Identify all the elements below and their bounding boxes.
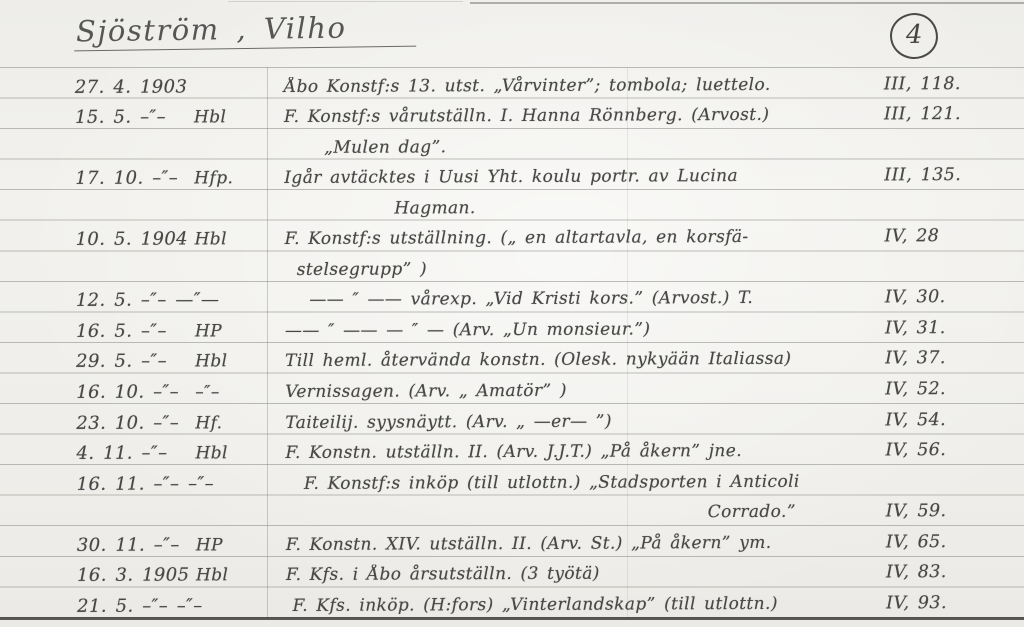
entry-reference: IV, 37.: [885, 348, 1024, 372]
entry-text: Igår avtäcktes i Uusi Yht. koulu portr. …: [266, 166, 884, 192]
entry-reference: IV, 52.: [885, 379, 1024, 403]
entry-text: F. Konstf:s utställning. („ en altartavl…: [267, 227, 885, 253]
entry-reference: IV, 31.: [885, 318, 1024, 342]
entry-source: Hbl: [196, 565, 268, 588]
entry-text: Till heml. återvända konstn. (Olesk. nyk…: [267, 349, 885, 375]
entry-row: 30. 11. –″– HP F. Konstn. XIV. utställn.…: [1, 524, 1024, 559]
entry-source: Hbl: [195, 229, 267, 252]
entries-list: 27. 4. 1903 Åbo Konstf:s 13. utst. „Vårv…: [0, 66, 1024, 620]
entry-date: 16. 10. –″–: [0, 381, 195, 406]
entry-text: Corrado.”: [268, 502, 886, 528]
entry-row: 16. 5. –″– HP —— ″ —— — ″ — (Arv. „Un mo…: [0, 310, 1024, 345]
entry-source: [194, 158, 266, 161]
entry-continuation-row: Corrado.” IV, 59.: [1, 493, 1024, 528]
entry-source: [219, 310, 291, 313]
scan-edge-artifact: [470, 2, 1024, 4]
entry-source: [194, 97, 266, 100]
entry-row: 10. 5. 1904 Hbl F. Konstf:s utställning.…: [0, 219, 1024, 254]
entry-row: 16. 3. 1905 Hbl F. Kfs. i Åbo årsutställ…: [1, 555, 1024, 590]
entry-reference: IV, 83.: [886, 562, 1024, 586]
page-title: Sjöström , Vilho: [74, 10, 417, 52]
entry-date: 21. 5. –″– –″–: [1, 595, 203, 620]
entry-date: 29. 5. –″–: [0, 351, 195, 376]
entry-row: 4. 11. –″– Hbl F. Konstn. utställn. II. …: [0, 432, 1024, 467]
entry-source: [214, 494, 286, 497]
entry-continuation-row: Hagman.: [0, 188, 1023, 223]
entry-text: —— ″ —— vårexp. „Vid Kristi kors.” (Arvo…: [291, 288, 885, 314]
entry-source: [195, 280, 267, 283]
entry-reference: IV, 65.: [886, 532, 1024, 556]
entry-text: Vernissagen. (Arv. „ Amatör” ): [267, 379, 885, 405]
entry-date: 15. 5. –″–: [0, 106, 194, 131]
entry-source: [203, 616, 275, 619]
entry-continuation-row: stelsegrupp” ): [0, 249, 1024, 284]
entry-source: Hfp.: [194, 168, 266, 191]
header: Sjöström , Vilho: [74, 10, 417, 52]
entry-continuation-row: „Mulen dag”.: [0, 127, 1023, 162]
entry-text: F. Konstf:s vårutställn. I. Hanna Rönnbe…: [266, 104, 884, 130]
entry-text: —— ″ —— — ″ — (Arv. „Un monsieur.”): [267, 318, 885, 344]
entry-reference: [884, 216, 1023, 220]
entry-text: F. Konstf:s inköp (till utlottn.) „Stads…: [286, 471, 886, 497]
entry-text: F. Konstn. utställn. II. (Arv. J.J.T.) „…: [267, 440, 885, 466]
entry-source: Hbl: [194, 107, 266, 130]
entry-row: 29. 5. –″– Hbl Till heml. återvända kons…: [0, 341, 1024, 376]
entry-reference: IV, 56.: [885, 440, 1024, 464]
entry-row: 17. 10. –″– Hfp. Igår avtäcktes i Uusi Y…: [0, 157, 1023, 192]
entry-text: F. Kfs. inköp. (H:fors) „Vinterlandskap”…: [275, 593, 887, 619]
entry-source: –″–: [195, 382, 267, 405]
entry-source: Hf.: [195, 413, 267, 436]
entry-row: 27. 4. 1903 Åbo Konstf:s 13. utst. „Vårv…: [0, 66, 1023, 101]
entry-reference: [885, 277, 1024, 281]
entry-source: Hbl: [195, 352, 267, 375]
entry-date: 10. 5. 1904: [0, 229, 195, 254]
page-number: 4: [905, 20, 922, 50]
entry-reference: IV, 30.: [885, 287, 1024, 311]
entry-reference: III, 121.: [884, 104, 1023, 128]
entry-reference: [886, 490, 1024, 494]
entry-text: F. Konstn. XIV. utställn. II. (Arv. St.)…: [268, 532, 886, 558]
entry-date: 16. 5. –″–: [0, 320, 195, 345]
entry-reference: [884, 154, 1023, 158]
entry-date: 30. 11. –″–: [1, 534, 196, 559]
entry-row: 21. 5. –″– –″– F. Kfs. inköp. (H:fors) „…: [1, 585, 1024, 620]
entry-text: stelsegrupp” ): [267, 257, 885, 283]
entry-reference: III, 118.: [884, 73, 1023, 97]
entry-source: HP: [196, 535, 268, 558]
entry-reference: IV, 59.: [886, 501, 1024, 525]
page-number-circle: 4: [889, 12, 939, 60]
entry-text: Åbo Konstf:s 13. utst. „Vårvinter”; tomb…: [266, 74, 884, 100]
entry-source: Hbl: [195, 443, 267, 466]
entry-source: [196, 524, 268, 527]
entry-reference: IV, 93.: [886, 593, 1024, 617]
scan-edge-artifact-faint: [228, 1, 463, 2]
entry-row: 15. 5. –″– Hbl F. Konstf:s vårutställn. …: [0, 96, 1023, 131]
entry-reference: III, 135.: [884, 165, 1023, 189]
entry-date: 12. 5. –″– —″—: [0, 290, 219, 315]
entry-row: 12. 5. –″– —″— —— ″ —— vårexp. „Vid Kris…: [0, 280, 1024, 315]
entry-text: F. Kfs. i Åbo årsutställn. (3 työtä): [268, 563, 886, 589]
entry-source: [194, 219, 266, 222]
entry-reference: IV, 54.: [885, 409, 1024, 433]
entry-text: Taiteilij. syysnäytt. (Arv. „ —er— ”): [267, 410, 885, 436]
entry-source: HP: [195, 321, 267, 344]
entry-date: 16. 3. 1905: [1, 565, 196, 590]
entry-text: „Mulen dag”.: [266, 135, 884, 161]
entry-text: Hagman.: [266, 196, 884, 222]
index-card-sheet: Sjöström , Vilho 4 27. 4. 1903 Åbo Konst…: [0, 0, 1024, 627]
entry-row: 16. 11. –″– –″– F. Konstf:s inköp (till …: [1, 463, 1024, 498]
entry-date: 23. 10. –″–: [0, 412, 195, 437]
entry-date: 27. 4. 1903: [0, 76, 194, 101]
entry-date: 17. 10. –″–: [0, 168, 194, 193]
entry-row: 16. 10. –″– –″– Vernissagen. (Arv. „ Ama…: [0, 371, 1024, 406]
entry-reference: IV, 28: [884, 226, 1023, 250]
entry-row: 23. 10. –″– Hf. Taiteilij. syysnäytt. (A…: [0, 402, 1024, 437]
entry-date: 4. 11. –″–: [0, 442, 195, 467]
entry-date: 16. 11. –″– –″–: [1, 473, 214, 498]
